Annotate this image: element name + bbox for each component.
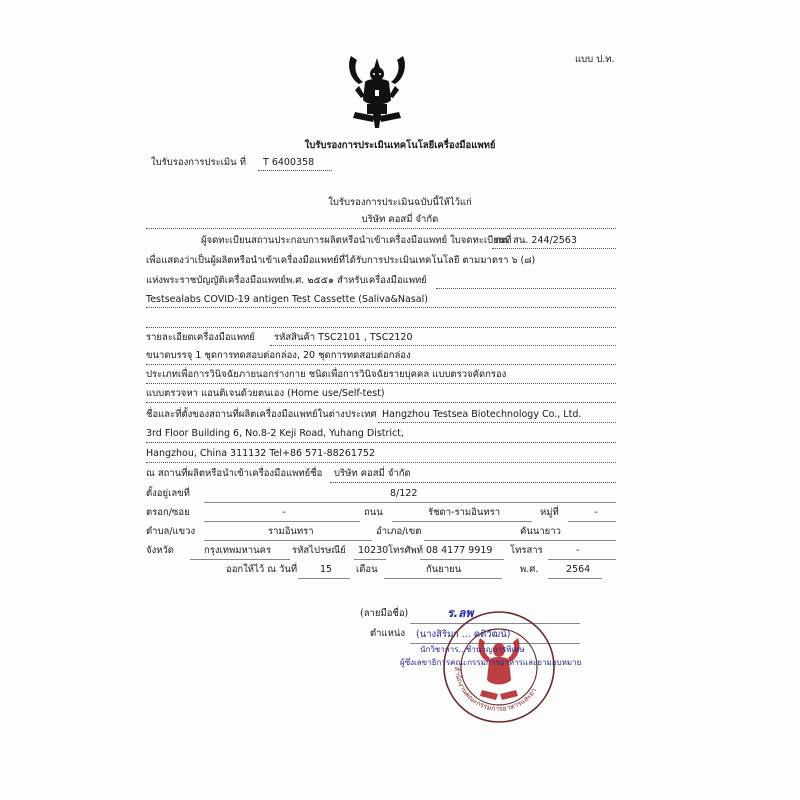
act-line: แห่งพระราชบัญญัติเครื่องมือแพทย์พ.ศ. ๒๕๕…	[146, 275, 427, 287]
foreign-manufacturer-name: Hangzhou Testsea Biotechnology Co., Ltd.	[382, 409, 581, 421]
certificate-number-label: ใบรับรองการประเมิน ที่	[151, 157, 246, 169]
province: กรุงเทพมหานคร	[204, 545, 271, 557]
road: รัชดา-รามอินทรา	[428, 507, 500, 519]
certificate-number: T 6400358	[263, 157, 314, 169]
signature-label: (ลายมือชื่อ)	[360, 608, 408, 620]
subdistrict-label: ตำบล/แขวง	[146, 526, 195, 538]
fax-label: โทรสาร	[510, 545, 543, 557]
issue-month-label: เดือน	[356, 564, 378, 576]
form-code: แบบ ป.ท.	[575, 54, 615, 66]
province-label: จังหวัด	[146, 545, 174, 557]
soi: -	[282, 507, 285, 519]
moo: -	[594, 507, 597, 519]
product-code: รหัสสินค้า TSC2101 , TSC2120	[274, 332, 413, 344]
company-name: บริษัท คอสมี่ จำกัด	[0, 214, 800, 226]
foreign-address-line2: Hangzhou, China 311132 Tel+86 571-882617…	[146, 448, 375, 460]
signer-name: (นางสิริมา ... คติวัฒน์)	[416, 629, 510, 641]
moo-label: หมู่ที่	[540, 507, 559, 519]
authority-text: ผู้ซึ่งเลขาธิการคณะกรรมการอาหารและยามอบห…	[400, 656, 581, 669]
fax: -	[576, 545, 579, 557]
details-label: รายละเอียดเครื่องมือแพทย์	[146, 332, 255, 344]
road-label: ถนน	[364, 507, 383, 519]
phone: 08 4177 9919	[426, 545, 492, 557]
device-type: ประเภทเพื่อการวินิจฉัยภายนอกร่างกาย ชนิด…	[146, 369, 506, 381]
district: คันนายาว	[520, 526, 561, 538]
house-no-label: ตั้งอยู่เลขที่	[146, 488, 190, 500]
subdistrict: รามอินทรา	[268, 526, 314, 538]
house-no: 8/122	[390, 488, 417, 500]
registration-text: ผู้จดทะเบียนสถานประกอบการผลิตหรือนำเข้าเ…	[201, 235, 511, 247]
device-name: Testsealabs COVID-19 antigen Test Casset…	[146, 294, 428, 306]
issue-year: 2564	[566, 564, 590, 576]
phone-label: โทรศัพท์	[388, 545, 423, 557]
local-site-label: ณ สถานที่ผลิตหรือนำเข้าเครื่องมือแพทย์ชื…	[146, 468, 322, 480]
district-label: อำเภอ/เขต	[376, 526, 421, 538]
issue-day: 15	[320, 564, 332, 576]
registration-number: กท. สน. 244/2563	[495, 235, 577, 247]
issue-year-label: พ.ศ.	[520, 564, 538, 576]
position-label: ตำแหน่ง	[370, 628, 405, 640]
package-size: ขนาดบรรจุ 1 ชุดการทดสอบต่อกล่อง, 20 ชุดก…	[146, 350, 411, 362]
detection-type: แบบตรวจหา แอนติเจนด้วยตนเอง (Home use/Se…	[146, 388, 385, 400]
signer-title: นักวิชาการ...ชำนาญการพิเศษ	[420, 643, 525, 656]
issued-to-label: ใบรับรองการประเมินฉบับนี้ให้ไว้แก่	[0, 197, 800, 209]
document-title: ใบรับรองการประเมินเทคโนโลยีเครื่องมือแพท…	[0, 140, 800, 152]
certificate-document: แบบ ป.ท. ใบรับรองการประเมินเทคโนโลยีเครื…	[0, 0, 800, 800]
local-site-name: บริษัท คอสมี่ จำกัด	[334, 468, 411, 480]
purpose-line: เพื่อแสดงว่าเป็นผู้ผลิตหรือนำเข้าเครื่อง…	[146, 255, 535, 267]
garuda-emblem-icon	[345, 52, 409, 132]
issue-month: กันยายน	[426, 564, 461, 576]
foreign-address-line1: 3rd Floor Building 6, No.8-2 Keji Road, …	[146, 428, 404, 440]
soi-label: ตรอก/ซอย	[146, 507, 190, 519]
issue-date-label: ออกให้ไว้ ณ วันที่	[226, 564, 297, 576]
postcode-label: รหัสไปรษณีย์	[292, 545, 346, 557]
foreign-manufacturer-label: ชื่อและที่ตั้งของสถานที่ผลิตเครื่องมือแพ…	[146, 409, 377, 421]
handwritten-signature: ร.ลพ	[447, 604, 473, 623]
postcode: 10230	[358, 545, 388, 557]
